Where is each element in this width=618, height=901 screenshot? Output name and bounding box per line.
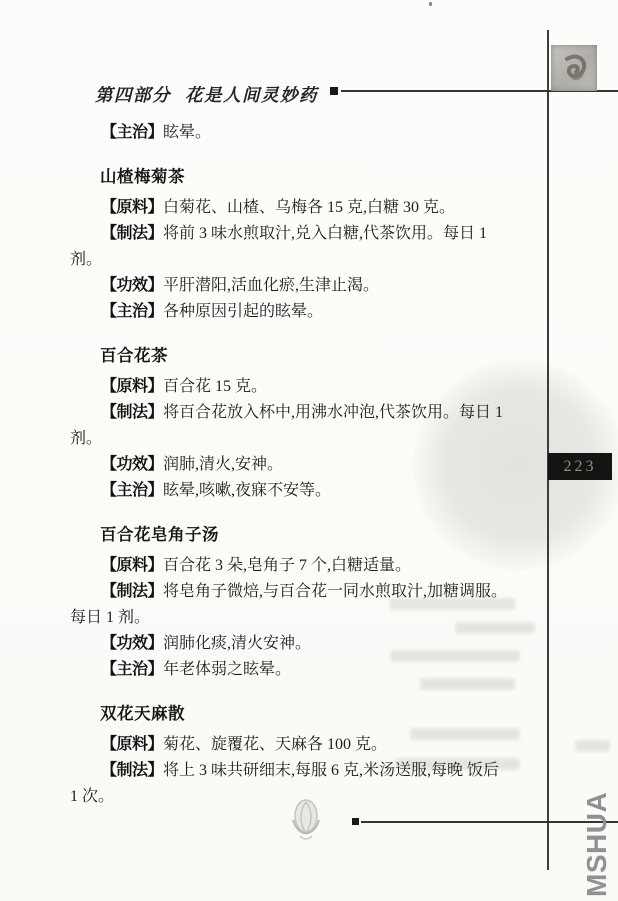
- field-text: 眩晕。: [163, 124, 211, 141]
- field-text: 将前 3 味水煎取汁,兑入白糖,代茶饮用。每日 1: [163, 225, 487, 242]
- field-text: 1 次。: [70, 788, 114, 805]
- recipe-line: 【原料】百合花 3 朵,皂角子 7 个,白糖适量。: [70, 553, 540, 579]
- field-label: 【主治】: [101, 303, 163, 320]
- page-content: 【主治】眩晕。 山楂梅菊茶 【原料】白菊花、山楂、乌梅各 15 克,白糖 30 …: [70, 120, 540, 810]
- book-page: 第四部分花是人间灵妙药 223 【主治】眩晕。 山楂梅菊茶 【原料】白菊花、山楂…: [0, 0, 618, 901]
- field-text: 白菊花、山楂、乌梅各 15 克,白糖 30 克。: [163, 199, 455, 216]
- field-text: 年老体弱之眩晕。: [163, 661, 291, 678]
- flower-bud-glyph: [286, 796, 326, 848]
- field-text: 各种原因引起的眩晕。: [163, 303, 323, 320]
- field-label: 【原料】: [101, 557, 163, 574]
- running-header: 第四部分花是人间灵妙药: [95, 82, 318, 107]
- scan-speck: [429, 2, 432, 6]
- mshua-watermark: MSHUA: [581, 792, 613, 897]
- field-text: 剂。: [70, 251, 102, 268]
- field-text: 菊花、旋覆花、天麻各 100 克。: [163, 736, 387, 753]
- field-text: 眩晕,咳嗽,夜寐不安等。: [163, 482, 331, 499]
- recipe-line: 【主治】各种原因引起的眩晕。: [70, 299, 540, 325]
- page-number-badge: 223: [548, 453, 612, 480]
- shell-stamp-icon: [551, 45, 597, 91]
- recipe-line: 每日 1 剂。: [70, 605, 540, 631]
- part-label: 第四部分: [95, 85, 171, 105]
- recipe-line: 【制法】将百合花放入杯中,用沸水冲泡,代茶饮用。每日 1: [70, 400, 540, 426]
- field-label: 【功效】: [101, 277, 163, 294]
- field-label: 【制法】: [101, 762, 163, 779]
- field-label: 【主治】: [101, 661, 163, 678]
- recipe-line: 【功效】润肺化痰,清火安神。: [70, 631, 540, 657]
- field-text: 每日 1 剂。: [70, 609, 150, 626]
- field-text: 润肺,清火,安神。: [163, 456, 283, 473]
- field-label: 【功效】: [101, 456, 163, 473]
- field-label: 【主治】: [101, 124, 163, 141]
- field-text: 百合花 15 克。: [163, 378, 267, 395]
- footer-rule: [361, 821, 618, 823]
- field-text: 润肺化痰,清火安神。: [163, 635, 311, 652]
- footer-square-bullet: [352, 818, 359, 825]
- field-label: 【主治】: [101, 482, 163, 499]
- recipe-line: 【功效】润肺,清火,安神。: [70, 452, 540, 478]
- recipe-line: 剂。: [70, 426, 540, 452]
- field-label: 【制法】: [101, 583, 163, 600]
- field-label: 【功效】: [101, 635, 163, 652]
- field-text: 将百合花放入杯中,用沸水冲泡,代茶饮用。每日 1: [163, 404, 503, 421]
- field-label: 【原料】: [101, 378, 163, 395]
- field-text: 剂。: [70, 430, 102, 447]
- continuation-line: 【主治】眩晕。: [70, 120, 540, 146]
- field-label: 【原料】: [101, 199, 163, 216]
- field-text: 平肝潜阳,活血化瘀,生津止渴。: [163, 277, 379, 294]
- recipe-line: 【制法】将皂角子微焙,与百合花一同水煎取汁,加糖调服。: [70, 579, 540, 605]
- recipe-line: 【主治】年老体弱之眩晕。: [70, 657, 540, 683]
- field-text: 将上 3 味共研细末,每服 6 克,米汤送服,每晚 饭后: [163, 762, 499, 779]
- field-label: 【原料】: [101, 736, 163, 753]
- recipe-title: 山楂梅菊茶: [70, 164, 540, 190]
- recipe-line: 【制法】将前 3 味水煎取汁,兑入白糖,代茶饮用。每日 1: [70, 221, 540, 247]
- recipe-line: 【原料】菊花、旋覆花、天麻各 100 克。: [70, 732, 540, 758]
- field-text: 将皂角子微焙,与百合花一同水煎取汁,加糖调服。: [163, 583, 507, 600]
- recipe-line: 【原料】百合花 15 克。: [70, 374, 540, 400]
- recipe-line: 【制法】将上 3 味共研细末,每服 6 克,米汤送服,每晚 饭后: [70, 758, 540, 784]
- field-label: 【制法】: [101, 225, 163, 242]
- bleedthrough-mark: [575, 740, 610, 752]
- recipe-line: 【主治】眩晕,咳嗽,夜寐不安等。: [70, 478, 540, 504]
- header-square-bullet: [330, 87, 338, 95]
- field-label: 【制法】: [101, 404, 163, 421]
- shell-swirl-glyph: [551, 45, 597, 91]
- right-margin-rule: [547, 30, 549, 870]
- field-text: 百合花 3 朵,皂角子 7 个,白糖适量。: [163, 557, 411, 574]
- recipe-title: 双花天麻散: [70, 701, 540, 727]
- recipe-title: 百合花皂角子汤: [70, 522, 540, 548]
- recipe-line: 【原料】白菊花、山楂、乌梅各 15 克,白糖 30 克。: [70, 195, 540, 221]
- recipe-line: 【功效】平肝潜阳,活血化瘀,生津止渴。: [70, 273, 540, 299]
- recipe-title: 百合花茶: [70, 343, 540, 369]
- recipe-line: 剂。: [70, 247, 540, 273]
- chapter-title: 花是人间灵妙药: [185, 85, 318, 105]
- flower-bud-icon: [286, 796, 326, 853]
